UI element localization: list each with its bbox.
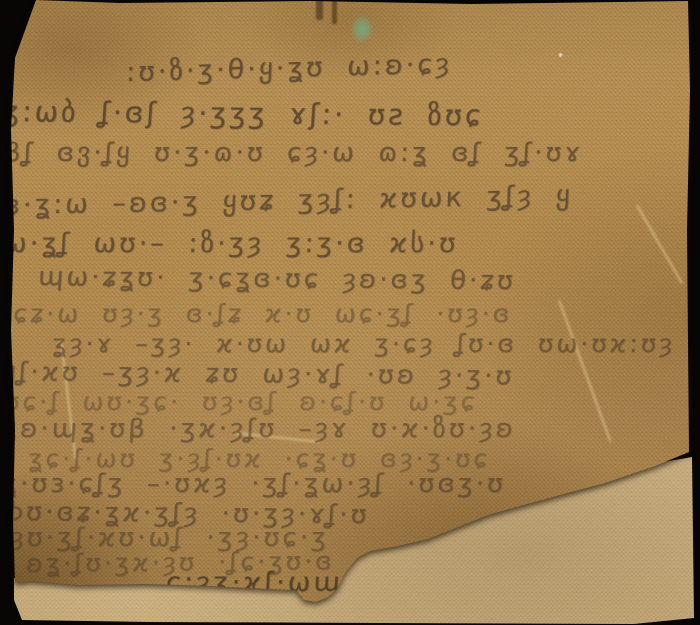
script-line-11: ʒʚ·ɰʓ·ʊβ ·ʒϰ·ȝʆʊ –ȝɤ ʊ·ϰ·ზʊ·ȝʚ bbox=[1, 414, 516, 444]
script-line-3: βʆ ɞვ·ʆყ ʊ·ʒ·ɷ·ʊ ɕȝ·ω ɷ:ʓ ɞʆ ʒʆ·ʊɤ bbox=[3, 138, 584, 168]
manuscript-photo: :ʊ·ზ·ʒ·θ·ყ·ʓʊ ω:ʚ·ɕȝʒ:ωბ ʆ·ɞʃ ȝ·ʒʒʒ ɤʃ:·… bbox=[0, 0, 700, 625]
script-line-2: ʒ:ωბ ʆ·ɞʃ ȝ·ʒʒʒ ɤʃ:· ʊƨ ზʊɕ bbox=[2, 95, 484, 132]
script-line-10: ʊɕ·ʆ ωʊ·ʒɕ· ʊȝ·ɞʆ ʚ·ɕʆ·ʊ ω·ʒɕ bbox=[3, 387, 478, 416]
script-line-17: ɕ:ȝʓ·ϰʆ·ωɰ bbox=[165, 567, 343, 598]
script-line-7: ʆɕʑ·ω ʊȝ·ʒ ɞ·ʆʑ ϰ·ʊ ωɕ·ʒʆ ·ʊȝ·ɞ bbox=[1, 299, 513, 328]
script-line-13: ʓ·ʊз·ɕʆʒ –·ʊϰȝ ·ʒʆ·ʓω·ȝʆ ·ʊɞʒ·ʊ bbox=[1, 469, 507, 499]
script-line-6: ɰω·ʑʓʊ· ʒ·ɕʓɞ·ʊɕ ȝʚ·ɞʒ θ·ʑʊ bbox=[37, 262, 517, 296]
script-line-1: :ʊ·ზ·ʒ·θ·ყ·ʓʊ ω:ʚ·ɕȝ bbox=[126, 48, 453, 88]
fabric-wrap: :ʊ·ზ·ʒ·θ·ყ·ʓʊ ω:ʚ·ɕȝʒ:ωბ ʆ·ɞʃ ȝ·ʒʒʒ ɤʃ:·… bbox=[0, 0, 700, 625]
script-text: :ʊ·ზ·ʒ·θ·ყ·ʓʊ ω:ʚ·ɕȝʒ:ωბ ʆ·ɞʃ ȝ·ʒʒʒ ɤʃ:·… bbox=[0, 0, 700, 625]
manuscript-fabric: :ʊ·ზ·ʒ·θ·ყ·ʓʊ ω:ʚ·ɕȝʒ:ωბ ʆ·ɞʃ ȝ·ʒʒʒ ɤʃ:·… bbox=[0, 0, 700, 625]
script-line-5: ω·ʓʆ ωʊ·– :ზ·ʒȝ ʒ:ʒ·ɞ ϰს·ʊ bbox=[3, 228, 459, 259]
script-line-8: ʓȝ·ɤ –ʒȝ· ϰ·ʊω ωϰ ʒ·ɕȝ ʆʊ·ɞ ʊω·ʊϰ:ʊȝ bbox=[51, 329, 676, 358]
script-line-4: ɞ·ʓ:ω –ʚɞ·ʒ ყʊʑ ʒȝʆ: ϰʊωк ʒʆȝ ყ bbox=[1, 180, 573, 221]
